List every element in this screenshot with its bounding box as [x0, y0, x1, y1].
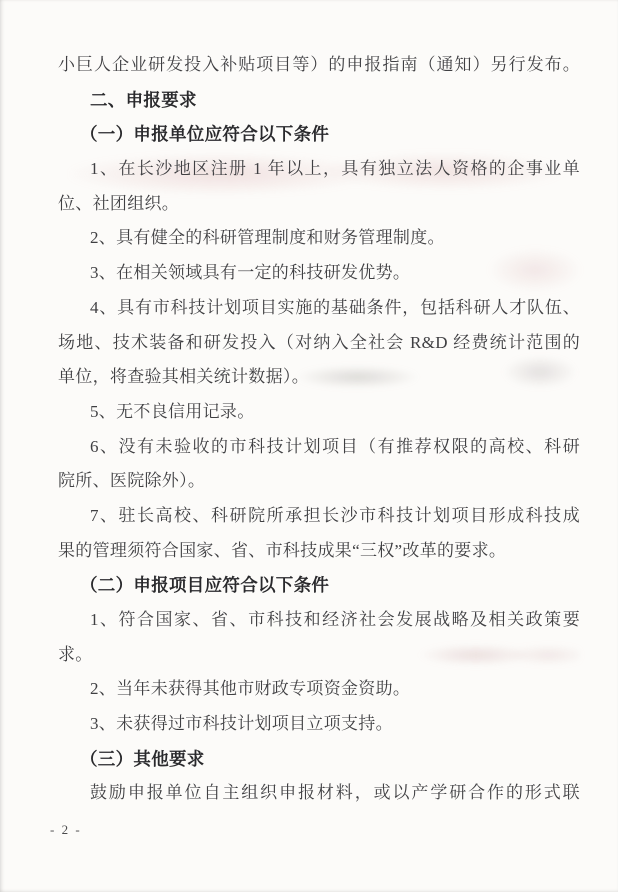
document-lines: 小巨人企业研发投入补贴项目等）的申报指南（通知）另行发布。二、申报要求（一）申报…: [58, 48, 580, 811]
body-text-line: 求。: [58, 638, 580, 673]
body-text-line: 单位，将查验其相关统计数据）。: [58, 360, 580, 395]
body-text-line: 鼓励申报单位自主组织申报材料，或以产学研合作的形式联: [58, 776, 580, 811]
body-text-line: 3、在相关领域具有一定的科技研发优势。: [58, 256, 580, 291]
heading-line: （二）申报项目应符合以下条件: [58, 568, 580, 603]
body-text-line: 1、在长沙地区注册 1 年以上，具有独立法人资格的企事业单: [58, 152, 580, 187]
body-text-line: 1、符合国家、省、市科技和经济社会发展战略及相关政策要: [58, 603, 580, 638]
body-text-line: 院所、医院除外）。: [58, 464, 580, 499]
body-text-line: 2、具有健全的科研管理制度和财务管理制度。: [58, 221, 580, 256]
heading-line: （三）其他要求: [58, 742, 580, 777]
heading-line: （一）申报单位应符合以下条件: [58, 117, 580, 152]
heading-line: 二、申报要求: [58, 83, 580, 118]
body-text-line: 7、驻长高校、科研院所承担长沙市科技计划项目形成科技成: [58, 499, 580, 534]
body-text-line: 4、具有市科技计划项目实施的基础条件，包括科研人才队伍、: [58, 291, 580, 326]
body-text-line: 小巨人企业研发投入补贴项目等）的申报指南（通知）另行发布。: [58, 48, 580, 83]
scanned-document-page: 小巨人企业研发投入补贴项目等）的申报指南（通知）另行发布。二、申报要求（一）申报…: [0, 0, 618, 892]
body-text-line: 场地、技术装备和研发投入（对纳入全社会 R&D 经费统计范围的: [58, 326, 580, 361]
page-number: - 2 -: [50, 822, 82, 838]
body-text-line: 5、无不良信用记录。: [58, 395, 580, 430]
body-text-line: 2、当年未获得其他市财政专项资金资助。: [58, 672, 580, 707]
body-text-line: 位、社团组织。: [58, 187, 580, 222]
body-text-line: 3、未获得过市科技计划项目立项支持。: [58, 707, 580, 742]
body-text-line: 6、没有未验收的市科技计划项目（有推荐权限的高校、科研: [58, 430, 580, 465]
body-text-line: 果的管理须符合国家、省、市科技成果“三权”改革的要求。: [58, 534, 580, 569]
